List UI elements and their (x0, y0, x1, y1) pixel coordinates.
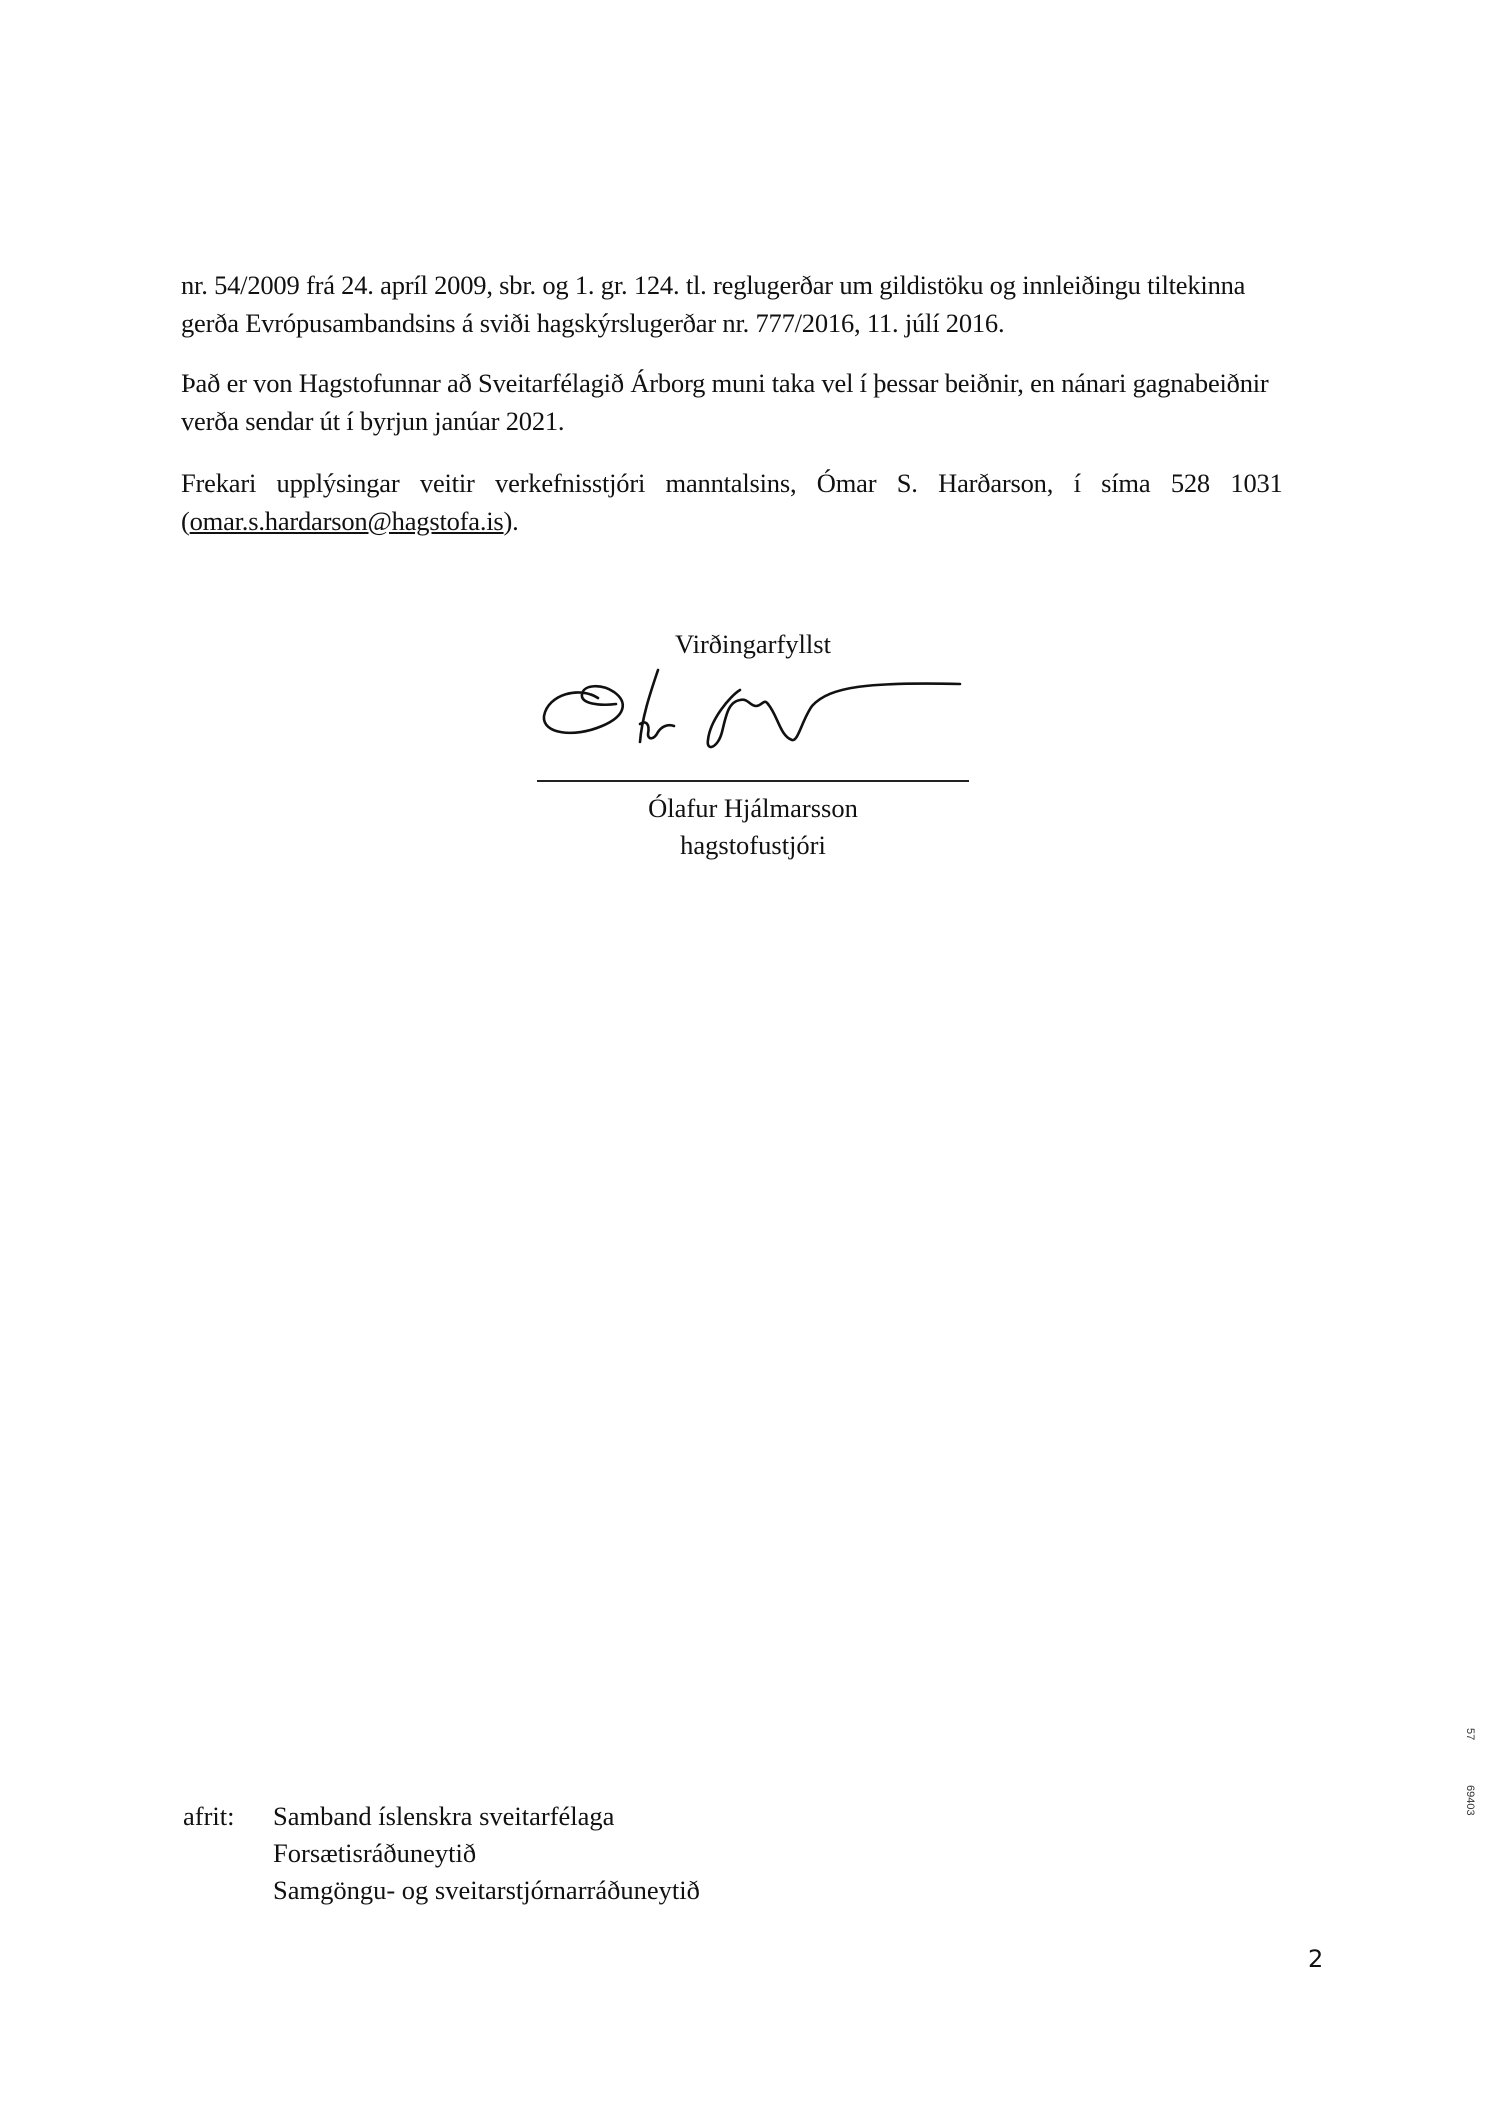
signer-title: hagstofustjóri (537, 827, 969, 863)
margin-stamp-number: 57 (1464, 1728, 1476, 1740)
paragraph-line: Það er von Hagstofunnar að Sveitarfélagi… (181, 368, 1269, 398)
copies-recipient-list: Samband íslenskra sveitarfélaga Forsætis… (273, 1798, 873, 1909)
paragraph-line: verða sendar út í byrjun janúar 2021. (181, 406, 564, 436)
paragraph-request-note: Það er von Hagstofunnar að Sveitarfélagi… (181, 364, 1331, 440)
paragraph-regulation-reference: nr. 54/2009 frá 24. apríl 2009, sbr. og … (181, 266, 1331, 342)
copies-label: afrit: (183, 1798, 273, 1835)
paragraph-line: gerða Evrópusambandsins á sviði hagskýrs… (181, 308, 1004, 338)
signature-line (537, 780, 969, 782)
page-number: 2 (1308, 1944, 1323, 1974)
copies-recipient: Samgöngu- og sveitarstjórnarráðuneytið (273, 1872, 873, 1909)
document-page: nr. 54/2009 frá 24. apríl 2009, sbr. og … (0, 0, 1500, 2122)
paren-open: ( (181, 506, 190, 536)
paragraph-line: nr. 54/2009 frá 24. apríl 2009, sbr. og … (181, 270, 1245, 300)
copies-recipient: Samband íslenskra sveitarfélaga (273, 1798, 873, 1835)
paragraph-contact-info: Frekari upplýsingar veitir verkefnisstjó… (181, 464, 1331, 540)
handwritten-signature-icon (540, 660, 970, 760)
margin-stamp-number: 69403 (1464, 1785, 1476, 1816)
copies-recipient: Forsætisráðuneytið (273, 1835, 873, 1872)
paragraph-line: Frekari upplýsingar veitir verkefnisstjó… (181, 468, 1283, 498)
closing-salutation: Virðingarfyllst (537, 626, 969, 662)
paren-close: ). (504, 506, 519, 536)
contact-email-link[interactable]: omar.s.hardarson@hagstofa.is (190, 506, 504, 536)
signer-name: Ólafur Hjálmarsson (537, 790, 969, 826)
